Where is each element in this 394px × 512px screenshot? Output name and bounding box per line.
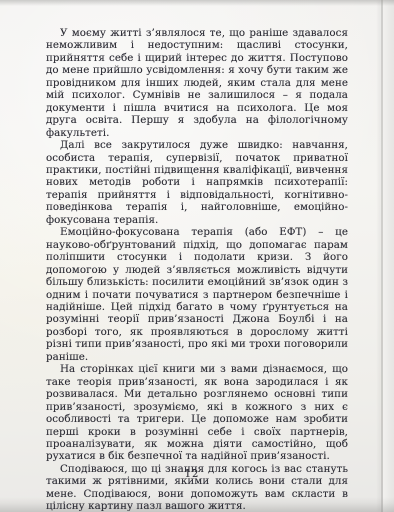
photo-top-shadow: [0, 0, 394, 6]
page-edge-line: [381, 0, 383, 512]
book-page-photo: У моєму житті з’являлося те, що раніше з…: [0, 0, 394, 512]
page-number: 12: [0, 469, 384, 480]
paragraph-eft: Емоційно-фокусована терапія (або ЕФТ) – …: [46, 226, 348, 363]
page-edge-background: [383, 0, 394, 512]
paragraph-intro: У моєму житті з’являлося те, що раніше з…: [46, 27, 348, 139]
paragraph-book-overview: На сторінках цієї книги ми з вами дізнає…: [46, 363, 348, 463]
paragraph-training: Далі все закрутилося дуже швидко: навчан…: [46, 139, 348, 226]
page-text: У моєму житті з’являлося те, що раніше з…: [46, 27, 348, 512]
